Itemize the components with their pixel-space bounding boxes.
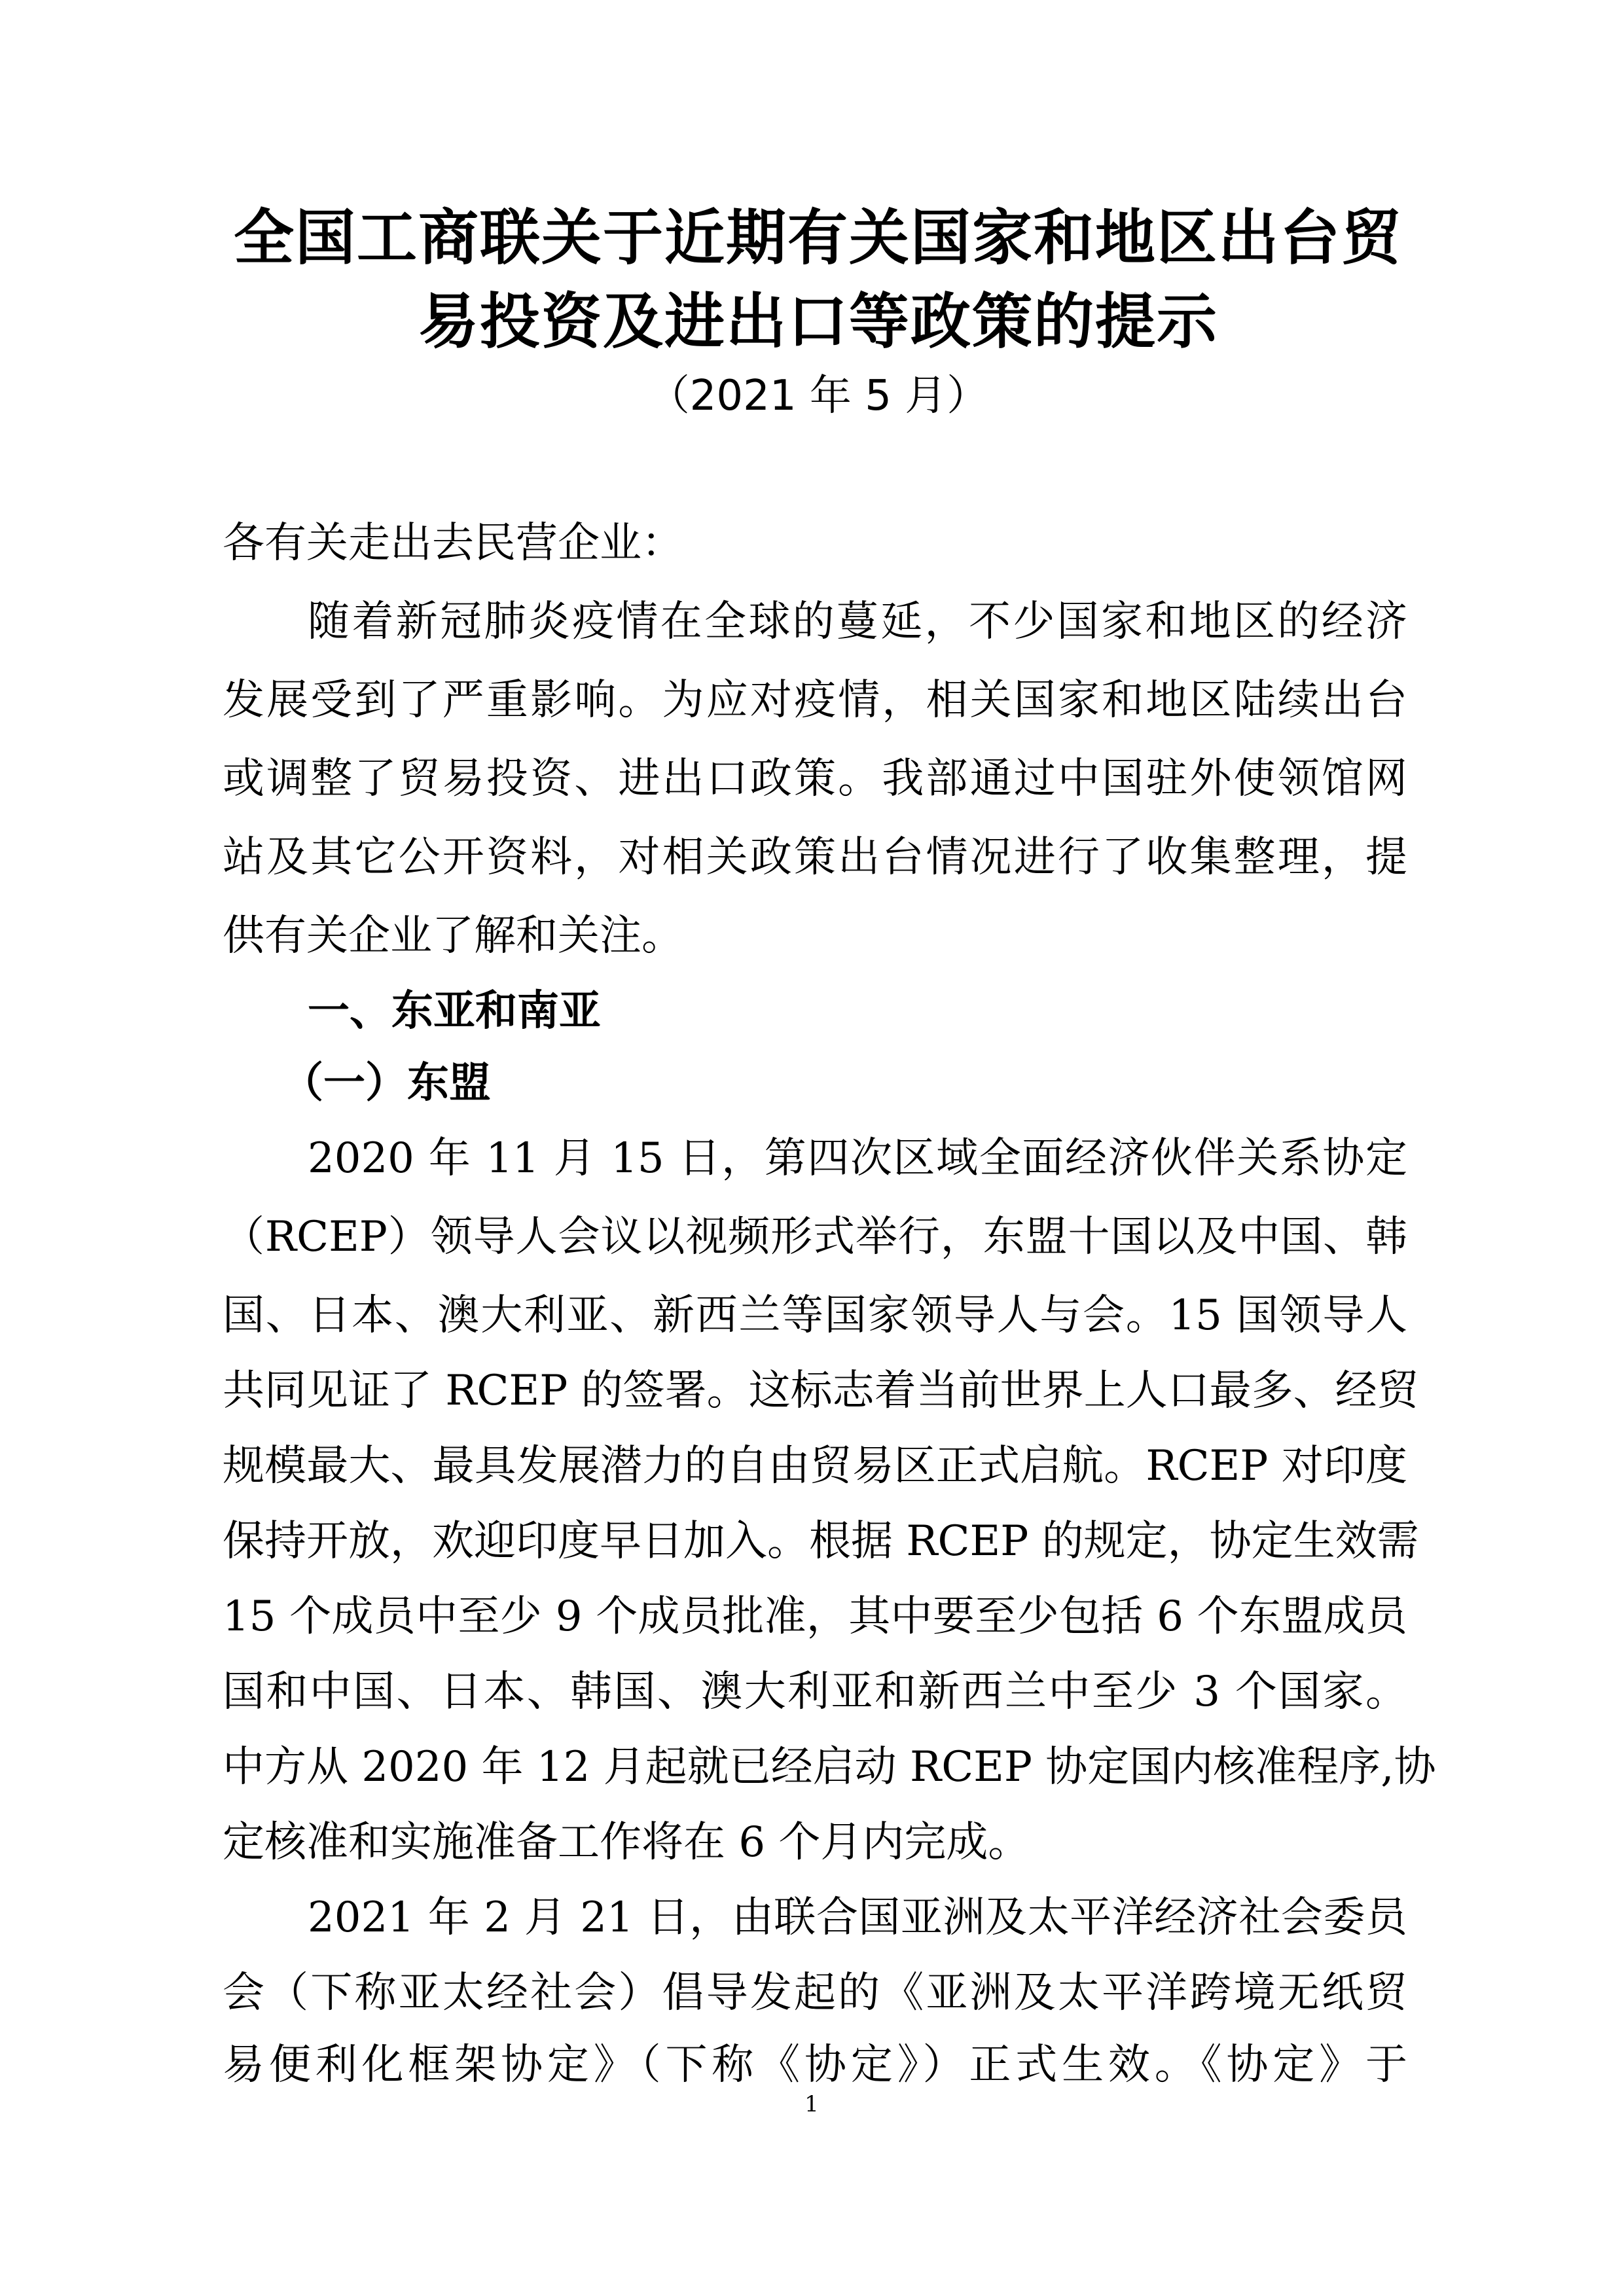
paragraph-line: 定核准和实施准备工作将在 6 个月内完成。 <box>223 1816 1407 1869</box>
paragraph-line: 易便利化框架协定》（下称《协定》）正式生效。《协定》于 <box>223 2039 1407 2091</box>
paragraph-line: 共同见证了 RCEP 的签署。这标志着当前世界上人口最多、经贸 <box>223 1365 1407 1417</box>
document-title-line-1: 全国工商联关于近期有关国家和地区出台贸 <box>196 196 1440 280</box>
document-date: （2021 年 5 月） <box>196 370 1440 422</box>
paragraph-line: 15 个成员中至少 9 个成员批准，其中要至少包括 6 个东盟成员 <box>223 1590 1407 1643</box>
document-title-line-2: 易投资及进出口等政策的提示 <box>196 280 1440 364</box>
paragraph-line: 国、日本、澳大利亚、新西兰等国家领导人与会。15 国领导人 <box>223 1289 1407 1342</box>
salutation: 各有关走出去民营企业： <box>223 517 1407 569</box>
paragraph-line: 保持开放，欢迎印度早日加入。根据 RCEP 的规定，协定生效需 <box>223 1515 1407 1568</box>
intro-line: 站及其它公开资料，对相关政策出台情况进行了收集整理，提 <box>223 831 1407 884</box>
paragraph-line: 中方从 2020 年 12 月起就已经启动 RCEP 协定国内核准程序,协 <box>223 1741 1407 1793</box>
paragraph-line: 规模最大、最具发展潜力的自由贸易区正式启航。RCEP 对印度 <box>223 1440 1407 1492</box>
intro-line: 随着新冠肺炎疫情在全球的蔓延，不少国家和地区的经济 <box>308 596 1407 648</box>
paragraph-line: （RCEP）领导人会议以视频形式举行，东盟十国以及中国、韩 <box>223 1211 1407 1263</box>
paragraph-line: 2021 年 2 月 21 日，由联合国亚洲及太平洋经济社会委员 <box>308 1892 1407 1944</box>
intro-line: 发展受到了严重影响。为应对疫情，相关国家和地区陆续出台 <box>223 674 1407 726</box>
paragraph-line: 国和中国、日本、韩国、澳大利亚和新西兰中至少 3 个国家。 <box>223 1666 1407 1718</box>
intro-line: 供有关企业了解和关注。 <box>223 910 1407 962</box>
section-heading: 一、东亚和南亚 <box>308 985 601 1037</box>
paragraph-line: 会（下称亚太经社会）倡导发起的《亚洲及太平洋跨境无纸贸 <box>223 1967 1407 2019</box>
document-page: 全国工商联关于近期有关国家和地区出台贸 易投资及进出口等政策的提示 （2021 … <box>0 0 1624 2296</box>
subsection-heading: （一）东盟 <box>281 1057 491 1109</box>
page-number: 1 <box>785 2091 838 2117</box>
paragraph-line: 2020 年 11 月 15 日，第四次区域全面经济伙伴关系协定 <box>308 1132 1407 1185</box>
intro-line: 或调整了贸易投资、进出口政策。我部通过中国驻外使领馆网 <box>223 753 1407 805</box>
